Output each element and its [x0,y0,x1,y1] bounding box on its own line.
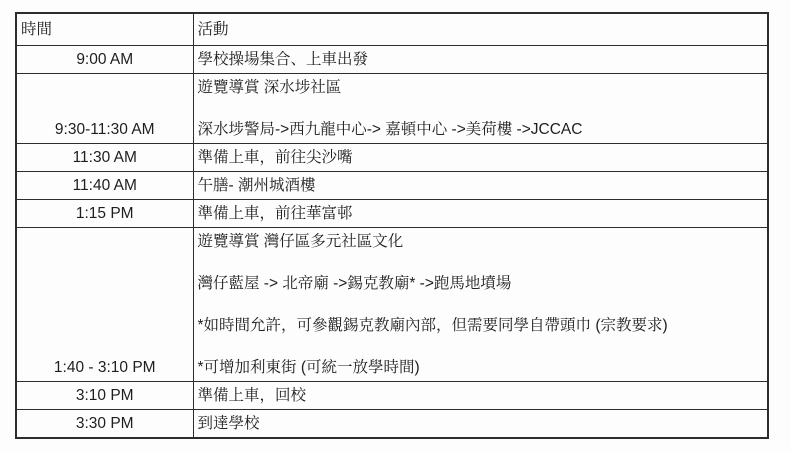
header-row: 時間 活動 [16,13,768,46]
time-cell: 1:15 PM [16,200,193,228]
time-cell: 11:40 AM [16,172,193,200]
schedule-rows: 9:00 AM學校操場集合、上車出發9:30-11:30 AM遊覽導賞 深水埗社… [16,46,768,439]
activity-cell: 準備上車，回校 [193,382,768,410]
activity-cell: 到達學校 [193,410,768,439]
schedule-row: 9:00 AM學校操場集合、上車出發 [16,46,768,74]
activity-cell: 遊覽導賞 灣仔區多元社區文化 灣仔藍屋 -> 北帝廟 ->錫克教廟* ->跑馬地… [193,228,768,382]
schedule-row: 3:10 PM準備上車，回校 [16,382,768,410]
schedule-row: 1:40 - 3:10 PM遊覽導賞 灣仔區多元社區文化 灣仔藍屋 -> 北帝廟… [16,228,768,382]
activity-cell: 學校操場集合、上車出發 [193,46,768,74]
time-column-header: 時間 [16,13,193,46]
activity-column-header: 活動 [193,13,768,46]
time-cell: 3:10 PM [16,382,193,410]
activity-cell: 準備上車，前往尖沙嘴 [193,144,768,172]
activity-cell: 準備上車，前往華富邨 [193,200,768,228]
schedule-row: 11:40 AM午膳- 潮州城酒樓 [16,172,768,200]
time-cell: 3:30 PM [16,410,193,439]
schedule-row: 1:15 PM準備上車，前往華富邨 [16,200,768,228]
time-cell: 9:30-11:30 AM [16,74,193,144]
document-page: 時間 活動 9:00 AM學校操場集合、上車出發9:30-11:30 AM遊覽導… [0,0,791,452]
schedule-row: 9:30-11:30 AM遊覽導賞 深水埗社區 深水埗警局->西九龍中心-> 嘉… [16,74,768,144]
time-cell: 1:40 - 3:10 PM [16,228,193,382]
schedule-row: 3:30 PM到達學校 [16,410,768,439]
time-cell: 9:00 AM [16,46,193,74]
schedule-table: 時間 活動 9:00 AM學校操場集合、上車出發9:30-11:30 AM遊覽導… [15,12,769,439]
schedule-row: 11:30 AM準備上車，前往尖沙嘴 [16,144,768,172]
time-cell: 11:30 AM [16,144,193,172]
activity-cell: 遊覽導賞 深水埗社區 深水埗警局->西九龍中心-> 嘉頓中心 ->美荷樓 ->J… [193,74,768,144]
activity-cell: 午膳- 潮州城酒樓 [193,172,768,200]
